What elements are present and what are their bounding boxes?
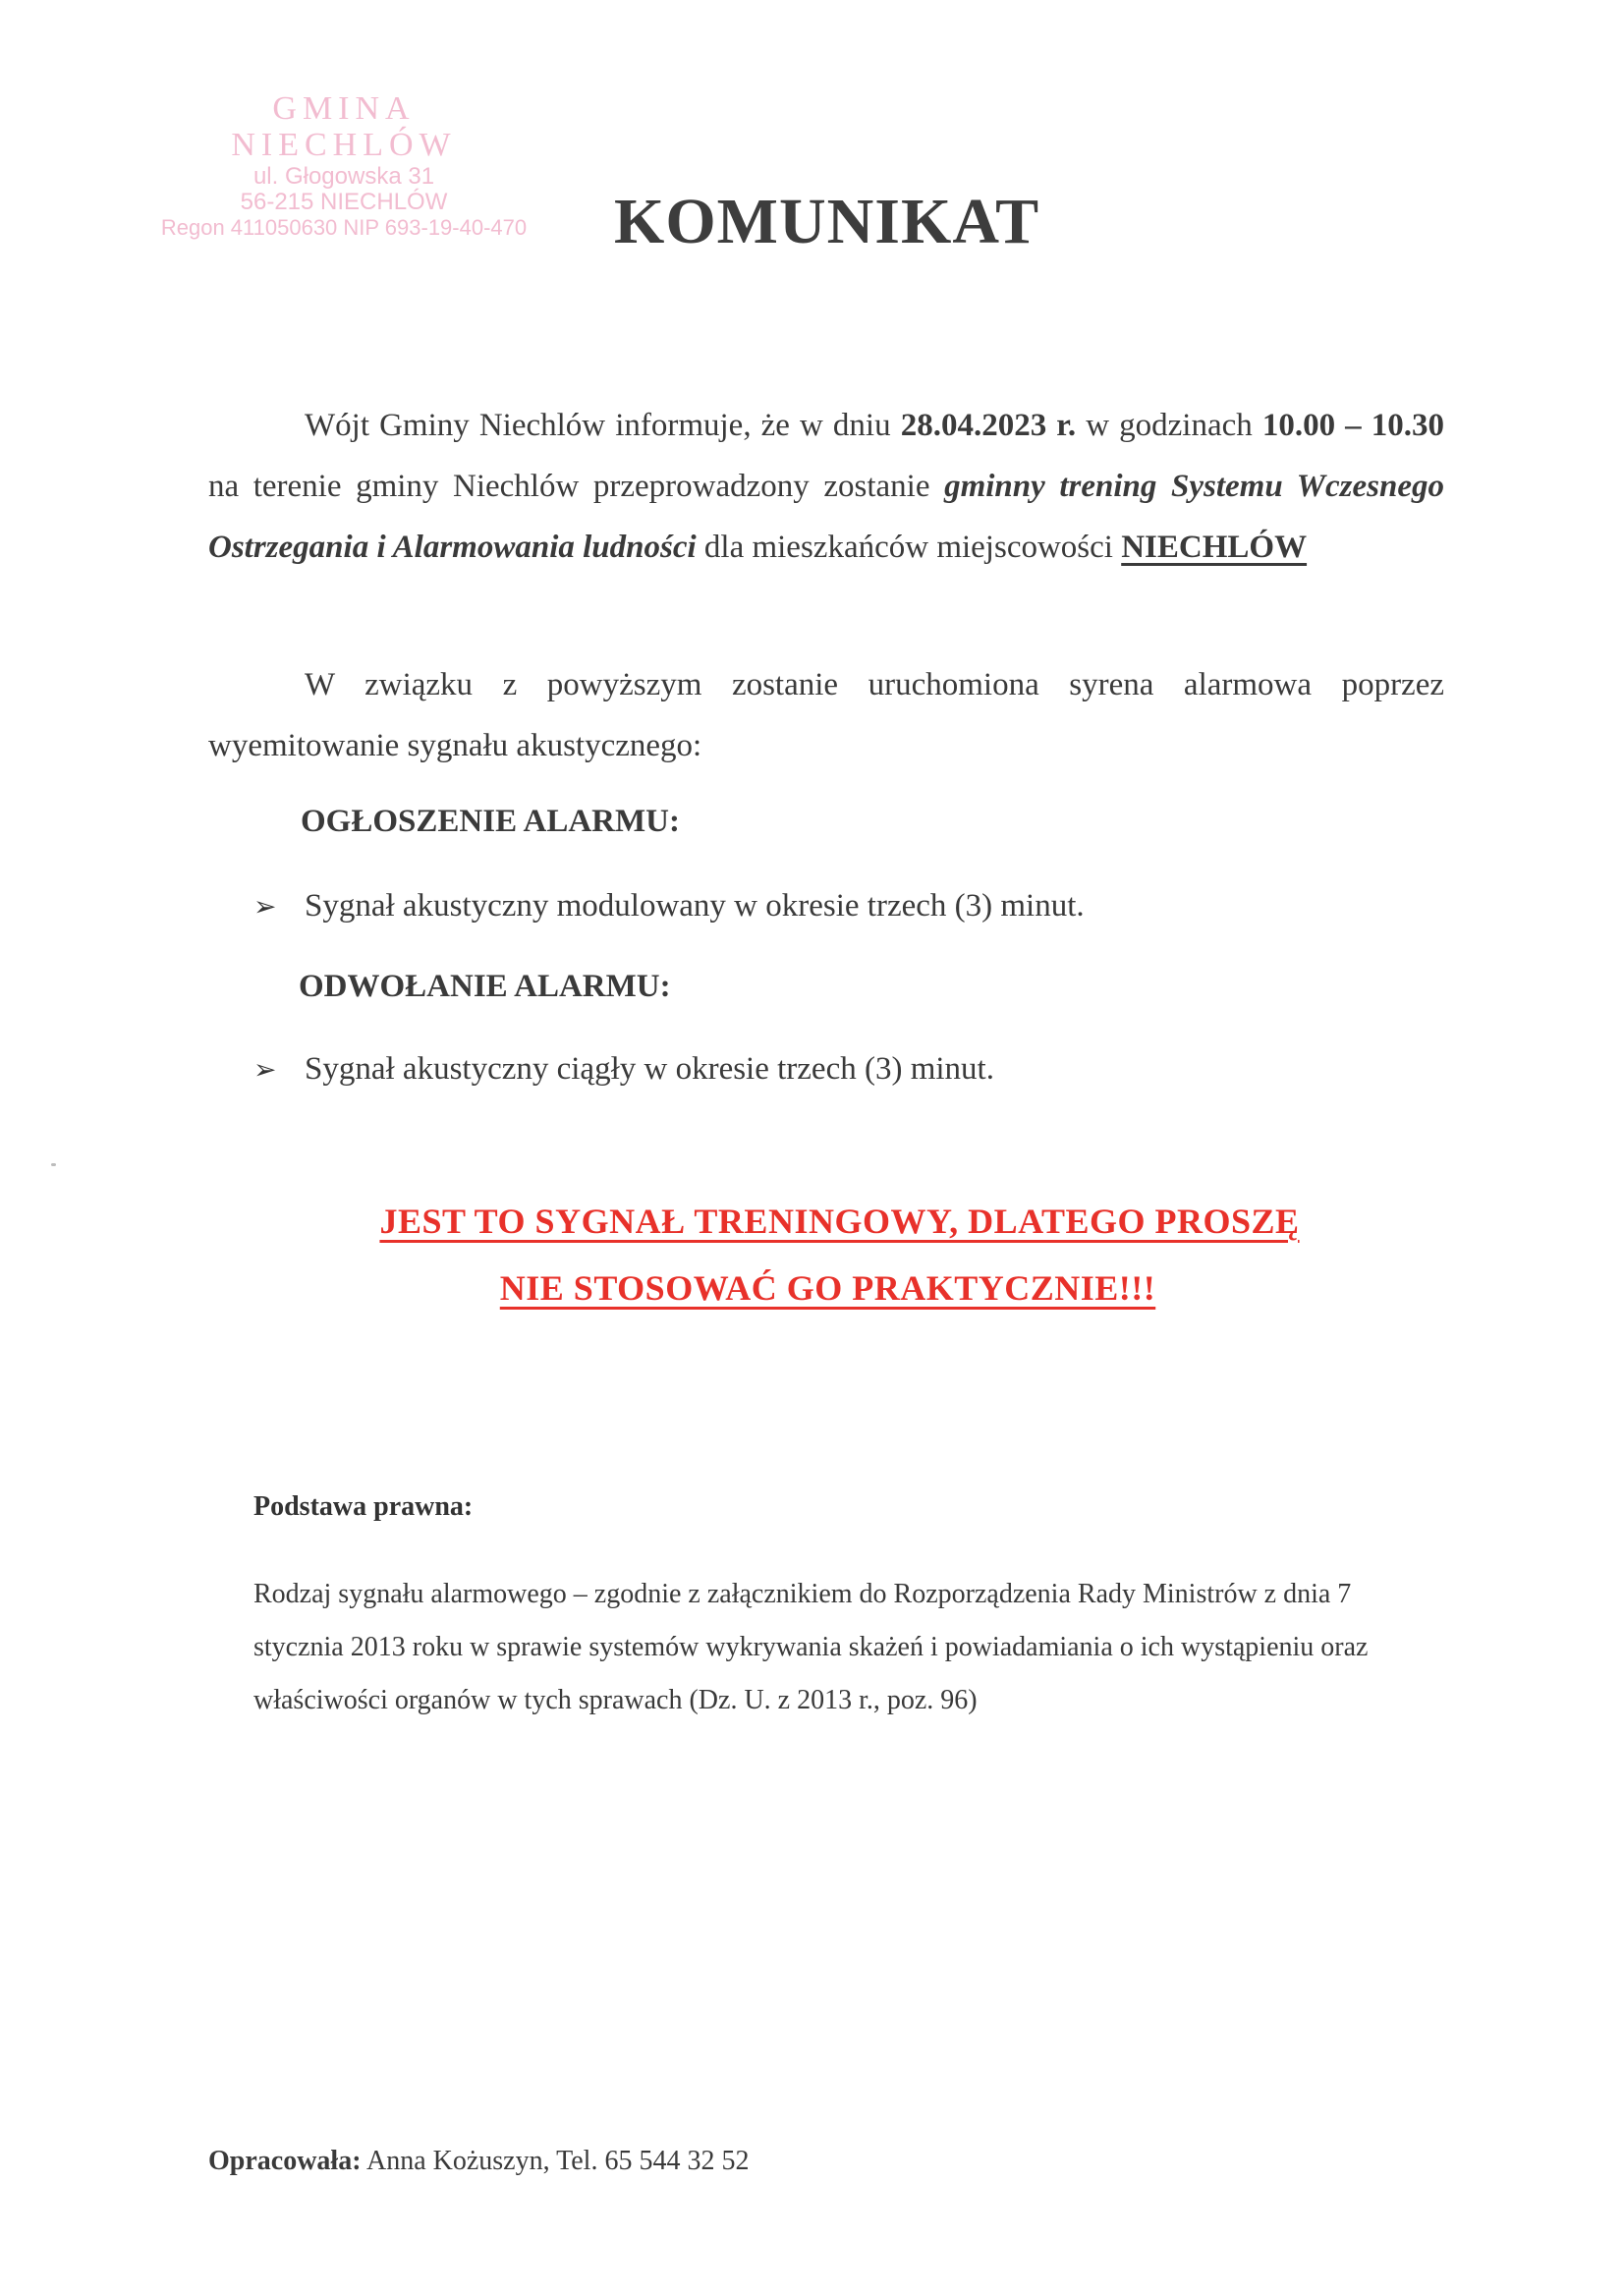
alarm-cancel-text: Sygnał akustyczny ciągły w okresie trzec…: [305, 1051, 994, 1088]
prepared-by-label: Opracowała:: [208, 2146, 362, 2176]
place-name: NIECHLÓW: [1121, 530, 1307, 565]
intro-text: dla mieszkańców miejscowości: [697, 530, 1122, 565]
event-date: 28.04.2023 r.: [901, 408, 1076, 443]
stamp-name: GMINA NIECHLÓW: [157, 90, 531, 164]
alarm-start-bullet: ➢ Sygnał akustyczny modulowany w okresie…: [253, 888, 1085, 924]
intro-paragraph: Wójt Gminy Niechlów informuje, że w dniu…: [208, 395, 1444, 578]
stamp-postal: 56-215 NIECHLÓW: [157, 190, 531, 215]
document-title: KOMUNIKAT: [614, 185, 1039, 259]
alarm-start-text: Sygnał akustyczny modulowany w okresie t…: [305, 888, 1085, 924]
alarm-cancel-bullet: ➢ Sygnał akustyczny ciągły w okresie trz…: [253, 1051, 994, 1088]
prepared-by: Opracowała: Anna Kożuszyn, Tel. 65 544 3…: [208, 2146, 749, 2177]
siren-text: W związku z powyższym zostanie uruchomio…: [208, 667, 1444, 763]
scan-speck: [51, 1163, 56, 1166]
legal-basis-text: Rodzaj sygnału alarmowego – zgodnie z za…: [253, 1568, 1442, 1727]
intro-text: w godzinach: [1076, 408, 1262, 443]
alarm-cancel-heading: ODWOŁANIE ALARMU:: [299, 969, 671, 1005]
arrowhead-bullet-icon: ➢: [253, 890, 305, 924]
office-stamp: GMINA NIECHLÓW ul. Głogowska 31 56-215 N…: [157, 90, 531, 240]
warning-line-1: JEST TO SYGNAŁ TRENINGOWY, DLATEGO PROSZ…: [0, 1201, 1624, 1242]
stamp-street: ul. Głogowska 31: [157, 164, 531, 190]
alarm-start-heading: OGŁOSZENIE ALARMU:: [301, 804, 680, 840]
legal-basis-heading: Podstawa prawna:: [253, 1491, 473, 1523]
warning-line-2: NIE STOSOWAĆ GO PRAKTYCZNIE!!!: [0, 1267, 1624, 1309]
warning-text: JEST TO SYGNAŁ TRENINGOWY, DLATEGO PROSZ…: [379, 1202, 1299, 1241]
event-hours: 10.00 – 10.30: [1262, 408, 1444, 443]
arrowhead-bullet-icon: ➢: [253, 1053, 305, 1087]
intro-text: na terenie gminy Niechlów przeprowadzony…: [208, 469, 944, 504]
warning-text: NIE STOSOWAĆ GO PRAKTYCZNIE!!!: [500, 1268, 1155, 1308]
siren-paragraph: W związku z powyższym zostanie uruchomio…: [208, 654, 1444, 776]
stamp-ids: Regon 411050630 NIP 693-19-40-470: [157, 216, 531, 240]
intro-text: Wójt Gminy Niechlów informuje, że w dniu: [305, 408, 901, 443]
prepared-by-value: Anna Kożuszyn, Tel. 65 544 32 52: [362, 2146, 750, 2176]
